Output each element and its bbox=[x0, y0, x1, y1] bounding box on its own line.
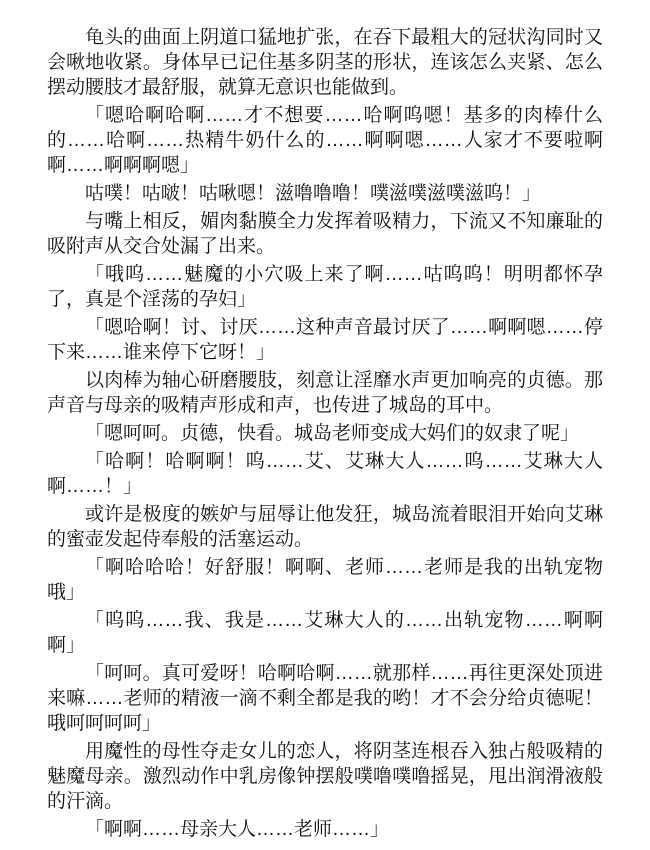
paragraph: 咕噗！咕啵！咕啾嗯！滋噜噜噜！噗滋噗滋噗滋呜！」 bbox=[47, 181, 603, 206]
paragraph: 「嗯哈啊！讨、讨厌……这种声音最讨厌了……啊啊嗯……停下来……谁来停下它呀！」 bbox=[47, 315, 603, 365]
paragraph: 以肉棒为轴心研磨腰肢，刻意让淫靡水声更加响亮的贞德。那声音与母亲的吸精声形成和声… bbox=[47, 368, 603, 418]
paragraph: 「呵呵。真可爱呀！哈啊哈啊……就那样……再往更深处顶进来嘛……老师的精液一滴不剩… bbox=[47, 661, 603, 736]
paragraph: 用魔性的母性夺走女儿的恋人，将阴茎连根吞入独占般吸精的魅魔母亲。激烈动作中乳房像… bbox=[47, 739, 603, 814]
paragraph: 「啊哈哈哈！好舒服！啊啊、老师……老师是我的出轨宠物哦」 bbox=[47, 555, 603, 605]
ebook-page: 龟头的曲面上阴道口猛地扩张，在吞下最粗大的冠状沟同时又会啾地收紧。身体早已记住基… bbox=[0, 0, 650, 850]
paragraph: 与嘴上相反，媚肉黏膜全力发挥着吸精力，下流又不知廉耻的吸附声从交合处漏了出来。 bbox=[47, 209, 603, 259]
paragraph: 或许是极度的嫉妒与屈辱让他发狂，城岛流着眼泪开始向艾琳的蜜壶发起侍奉般的活塞运动… bbox=[47, 502, 603, 552]
paragraph: 「嗯哈啊哈啊……才不想要……哈啊呜嗯！基多的肉棒什么的……哈啊……热精牛奶什么的… bbox=[47, 103, 603, 178]
text-body: 龟头的曲面上阴道口猛地扩张，在吞下最粗大的冠状沟同时又会啾地收紧。身体早已记住基… bbox=[47, 25, 603, 842]
paragraph: 「啊啊……母亲大人……老师……」 bbox=[47, 817, 603, 842]
paragraph: 「哈啊！哈啊啊！呜……艾、艾琳大人……呜……艾琳大人啊……！」 bbox=[47, 449, 603, 499]
paragraph: 「呜呜……我、我是……艾琳大人的……出轨宠物……啊啊啊」 bbox=[47, 608, 603, 658]
paragraph: 「嗯呵呵。贞德，快看。城岛老师变成大妈们的奴隶了呢」 bbox=[47, 421, 603, 446]
paragraph: 龟头的曲面上阴道口猛地扩张，在吞下最粗大的冠状沟同时又会啾地收紧。身体早已记住基… bbox=[47, 25, 603, 100]
paragraph: 「哦呜……魅魔的小穴吸上来了啊……咕呜呜！明明都怀孕了，真是个淫荡的孕妇」 bbox=[47, 262, 603, 312]
